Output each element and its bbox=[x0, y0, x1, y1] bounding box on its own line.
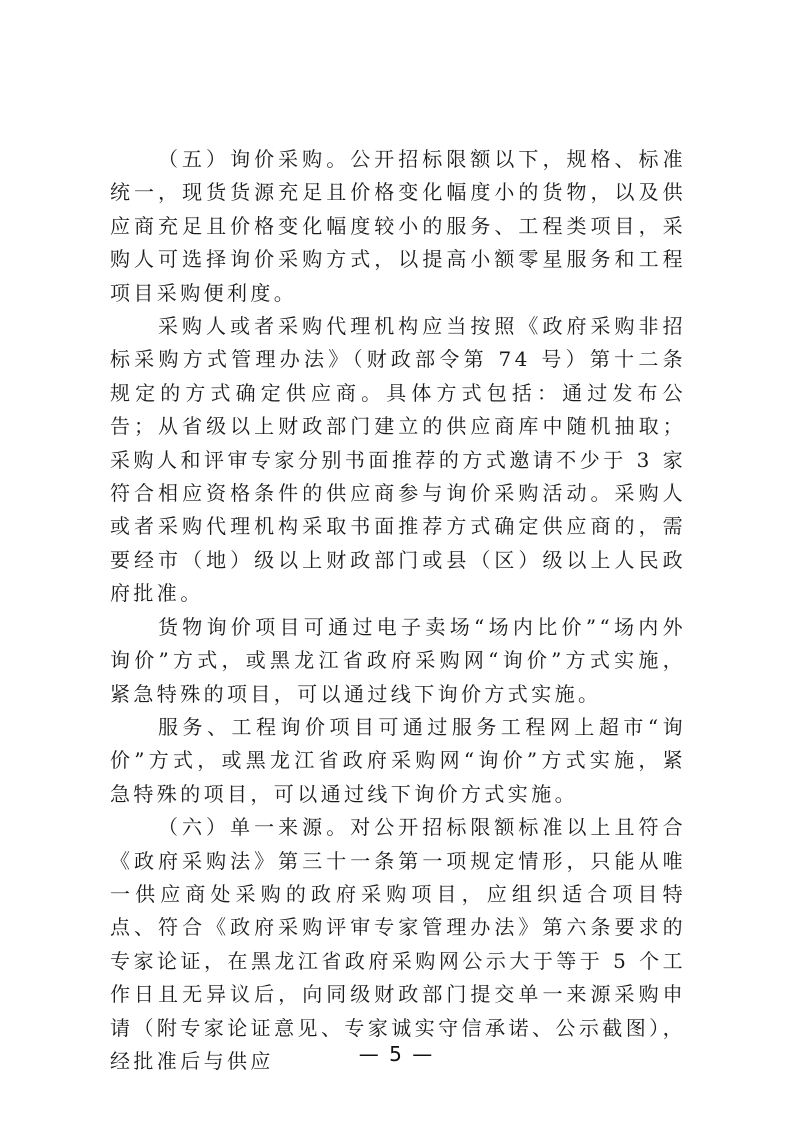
paragraph-goods-inquiry: 货物询价项目可通过电子卖场“场内比价”“场内外询价”方式，或黑龙江省政府采购网“… bbox=[110, 611, 686, 711]
paragraph-supplier-selection: 采购人或者采购代理机构应当按照《政府采购非招标采购方式管理办法》（财政部令第 7… bbox=[110, 310, 686, 611]
document-body: （五）询价采购。公开招标限额以下，规格、标准统一，现货货源充足且价格变化幅度小的… bbox=[110, 143, 686, 1078]
paragraph-single-source: （六）单一来源。对公开招标限额标准以上且符合《政府采购法》第三十一条第一项规定情… bbox=[110, 811, 686, 1078]
page-number: — 5 — bbox=[0, 1042, 793, 1066]
paragraph-service-inquiry: 服务、工程询价项目可通过服务工程网上超市“询价”方式，或黑龙江省政府采购网“询价… bbox=[110, 711, 686, 811]
paragraph-inquiry-procurement: （五）询价采购。公开招标限额以下，规格、标准统一，现货货源充足且价格变化幅度小的… bbox=[110, 143, 686, 310]
